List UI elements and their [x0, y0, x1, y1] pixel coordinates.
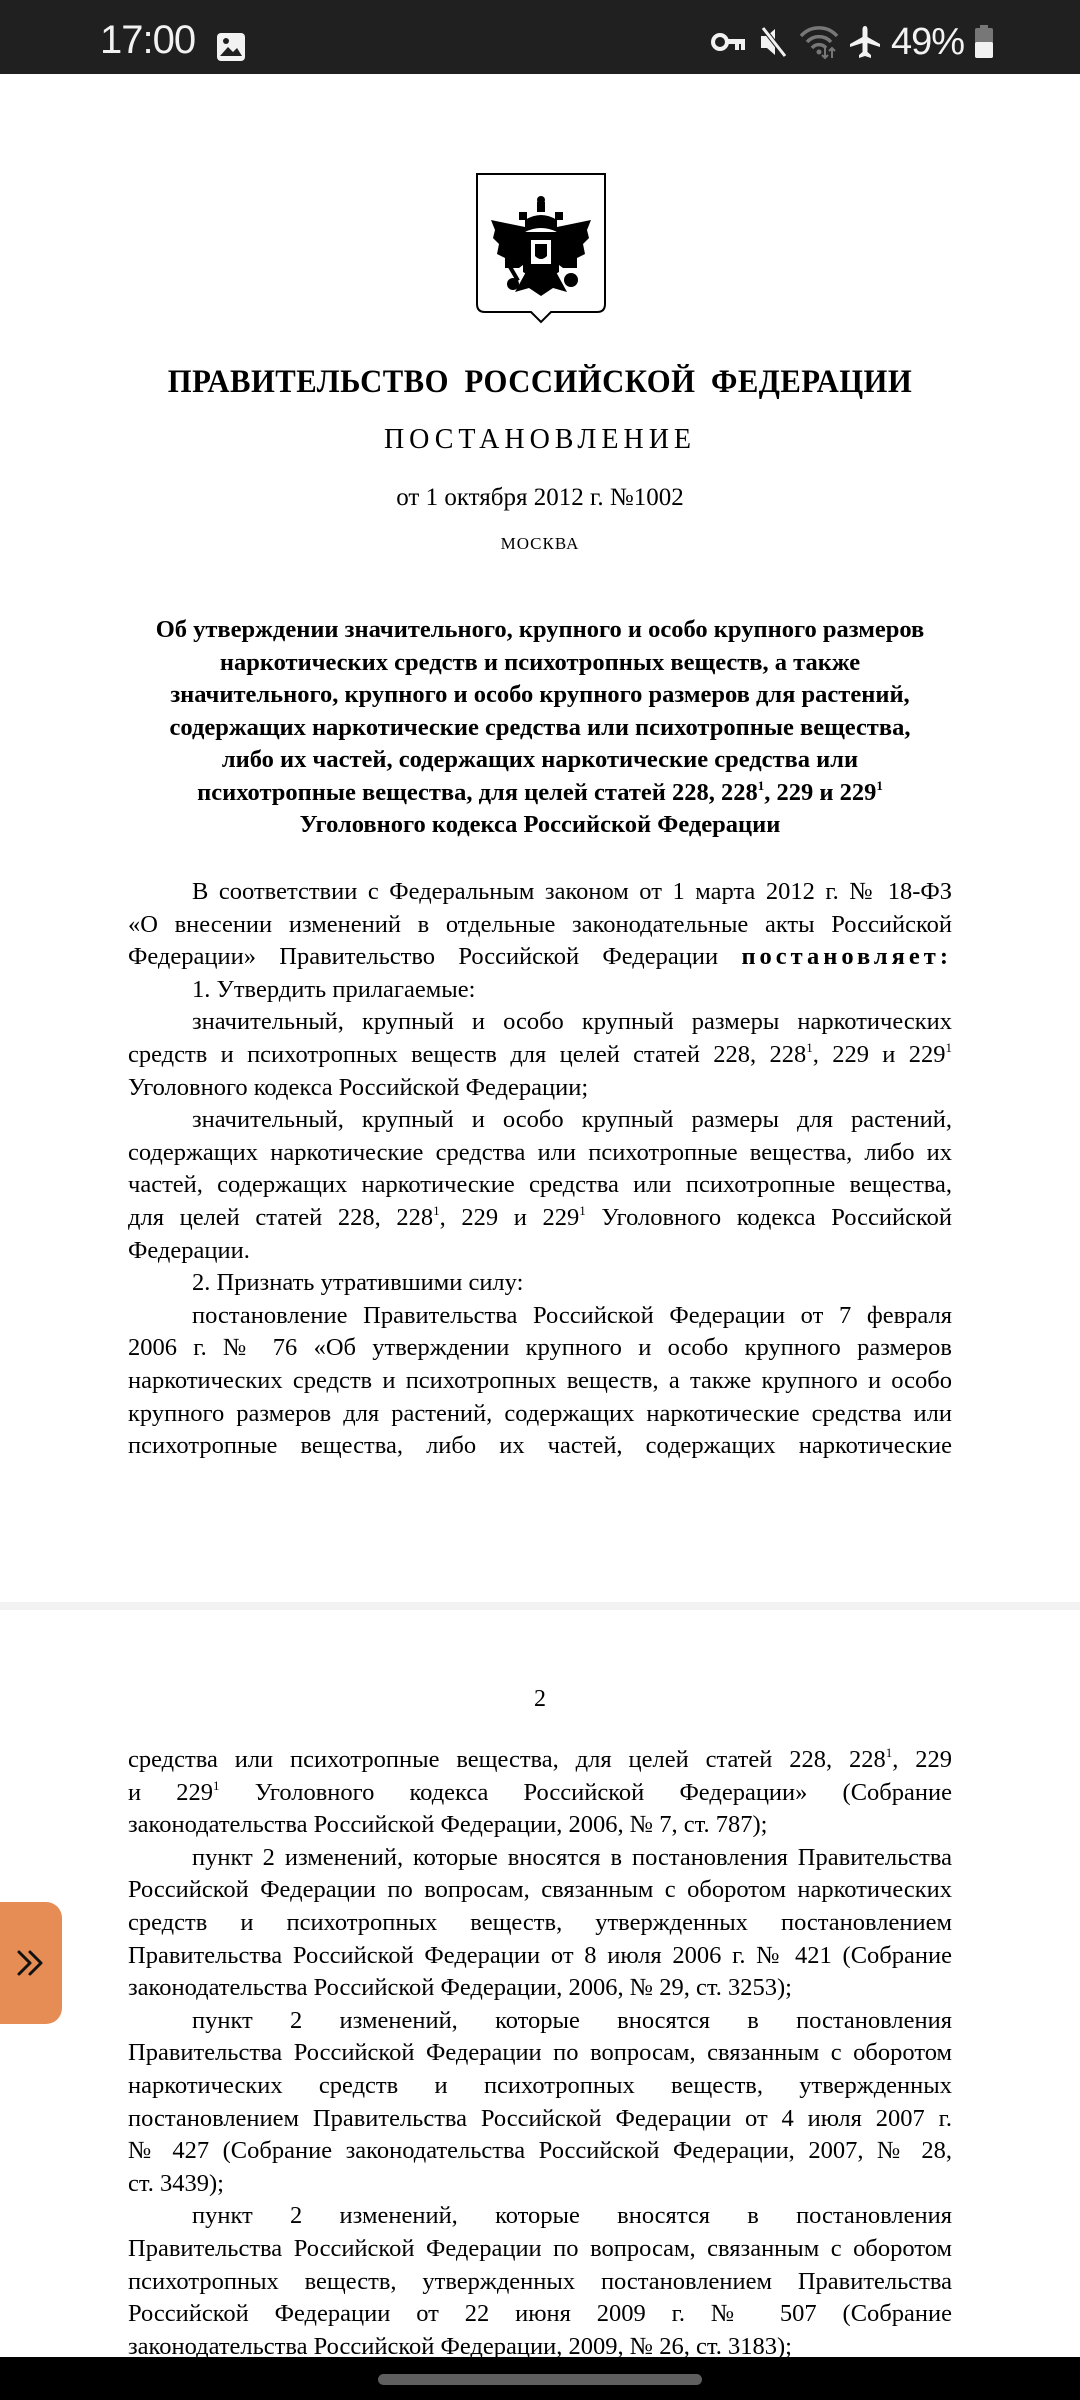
paragraph-line: постановление Правительства Российской Ф…	[128, 1300, 952, 1333]
paragraph-line: наркотических средств и психотропных вещ…	[128, 1365, 952, 1398]
paragraph-line: наркотических средств и психотропных вещ…	[128, 2070, 952, 2103]
paragraph-line: № 427 (Собрание законодательства Российс…	[128, 2135, 952, 2168]
mute-icon	[757, 25, 789, 59]
document-page-1: ПРАВИТЕЛЬСТВО РОССИЙСКОЙ ФЕДЕРАЦИИ ПОСТА…	[0, 74, 1080, 1602]
paragraph-line: пункт 2 изменений, которые вносятся в по…	[128, 1842, 952, 1875]
paragraph-line: для целей статей 228, 2281, 229 и 2291 У…	[128, 1202, 952, 1235]
page-number: 2	[0, 1686, 1080, 1713]
document-body-page-2: средства или психотропные вещества, для …	[128, 1744, 952, 2357]
paragraph-line: законодательства Российской Федерации, 2…	[128, 1972, 952, 2005]
double-chevron-right-icon	[16, 1948, 46, 1978]
home-gesture-handle[interactable]	[378, 2374, 702, 2385]
paragraph-line: Федерации» Правительство Российской Феде…	[128, 941, 952, 974]
status-bar: 17:00 49%	[0, 0, 1080, 74]
paragraph-line: 2006 г. № 76 «Об утверждении крупного и …	[128, 1332, 952, 1365]
paragraph-line: постановлением Правительства Российской …	[128, 2103, 952, 2136]
paragraph-line: средства или психотропные вещества, для …	[128, 1744, 952, 1777]
paragraph-line: В соответствии с Федеральным законом от …	[128, 876, 952, 909]
resolves-keyword: постановляет:	[741, 943, 952, 970]
paragraph-line: ст. 3439);	[128, 2168, 952, 2201]
vpn-key-icon	[711, 29, 747, 55]
paragraph-line: психотропные вещества, либо их частей, с…	[128, 1430, 952, 1463]
status-time: 17:00	[100, 20, 195, 60]
document-city: МОСКВА	[0, 534, 1080, 554]
paragraph-line: «О внесении изменений в отдельные законо…	[128, 909, 952, 942]
gallery-icon	[216, 32, 246, 62]
paragraph-line: 2. Признать утратившими силу:	[128, 1267, 952, 1300]
wifi-icon	[799, 24, 839, 60]
paragraph-line: крупного размеров для растений, содержащ…	[128, 1398, 952, 1431]
document-page-2: 2 средства или психотропные вещества, дл…	[0, 1610, 1080, 2357]
government-title: ПРАВИТЕЛЬСТВО РОССИЙСКОЙ ФЕДЕРАЦИИ	[38, 364, 1042, 401]
paragraph-line: и 2291 Уголовного кодекса Российской Фед…	[128, 1777, 952, 1810]
paragraph-line: законодательства Российской Федерации, 2…	[128, 2331, 952, 2357]
paragraph-line: психотропных веществ, утвержденных поста…	[128, 2266, 952, 2299]
document-viewer[interactable]: ПРАВИТЕЛЬСТВО РОССИЙСКОЙ ФЕДЕРАЦИИ ПОСТА…	[0, 74, 1080, 2357]
document-date-number: от 1 октября 2012 г. №1002	[0, 484, 1080, 512]
airplane-mode-icon	[849, 25, 881, 59]
document-type: ПОСТАНОВЛЕНИЕ	[0, 424, 1080, 456]
side-panel-toggle-button[interactable]	[0, 1902, 62, 2024]
paragraph-line: Уголовного кодекса Российской Федерации;	[128, 1072, 952, 1105]
paragraph-line: Федерации.	[128, 1235, 952, 1268]
paragraph-line: частей, содержащих наркотические средств…	[128, 1169, 952, 1202]
document-heading: Об утверждении значительного, крупного и…	[128, 614, 952, 842]
paragraph-line: Российской Федерации по вопросам, связан…	[128, 1874, 952, 1907]
paragraph-line: значительный, крупный и особо крупный ра…	[128, 1104, 952, 1137]
page-divider	[0, 1602, 1080, 1610]
paragraph-line: Правительства Российской Федерации по во…	[128, 2037, 952, 2070]
paragraph-line: Российской Федерации от 22 июня 2009 г. …	[128, 2298, 952, 2331]
paragraph-line: пункт 2 изменений, которые вносятся в по…	[128, 2005, 952, 2038]
paragraph-line: средств и психотропных веществ для целей…	[128, 1039, 952, 1072]
paragraph-line: пункт 2 изменений, которые вносятся в по…	[128, 2200, 952, 2233]
paragraph-line: 1. Утвердить прилагаемые:	[128, 974, 952, 1007]
navigation-bar	[0, 2357, 1080, 2400]
battery-icon	[974, 25, 994, 59]
paragraph-line: содержащих наркотические средства или пс…	[128, 1137, 952, 1170]
paragraph-line: Правительства Российской Федерации от 8 …	[128, 1940, 952, 1973]
paragraph-line: Правительства Российской Федерации по во…	[128, 2233, 952, 2266]
status-icons: 49%	[711, 22, 994, 62]
paragraph-line: значительный, крупный и особо крупный ра…	[128, 1006, 952, 1039]
paragraph-line: средств и психотропных веществ, утвержде…	[128, 1907, 952, 1940]
battery-percent: 49%	[891, 22, 964, 62]
document-body-page-1: В соответствии с Федеральным законом от …	[128, 876, 952, 1463]
paragraph-line: законодательства Российской Федерации, 2…	[128, 1809, 952, 1842]
coat-of-arms-emblem	[475, 172, 607, 326]
